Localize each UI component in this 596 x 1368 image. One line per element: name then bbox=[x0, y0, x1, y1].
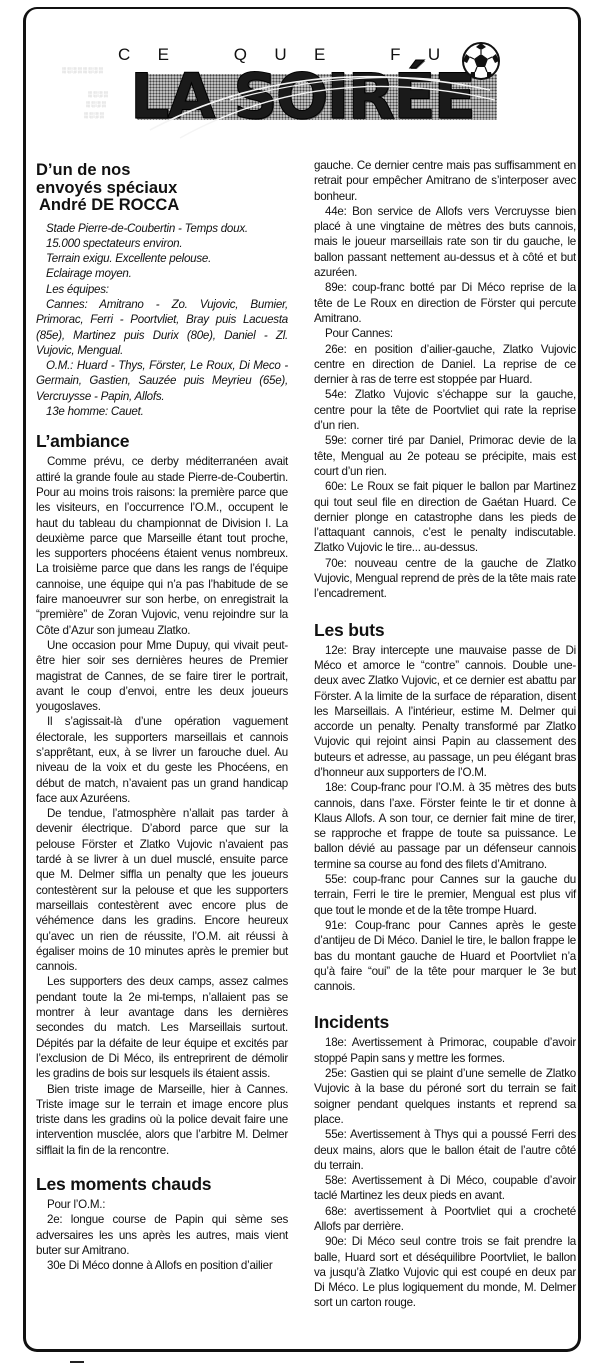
paragraph: Bien triste image de Marseille, hier à C… bbox=[36, 1082, 288, 1158]
paragraph: gauche. Ce dernier centre mais pas suffi… bbox=[314, 158, 576, 204]
soccer-ball-icon bbox=[461, 41, 501, 81]
fact-cannes-lineup: Cannes: Amitrano - Zo. Vujovic, Bumier, … bbox=[36, 297, 288, 358]
section-title-ambiance: L’ambiance bbox=[36, 431, 288, 451]
print-noise: ░░░░ bbox=[84, 113, 105, 119]
bottom-rule bbox=[70, 1361, 84, 1363]
print-noise: ░░░░ bbox=[86, 102, 107, 108]
paragraph: Comme prévu, ce derby méditerranéen avai… bbox=[36, 454, 288, 638]
section-moments-left: Pour l’O.M.: 2e: longue course de Papin … bbox=[36, 1197, 288, 1273]
section-moments-right: gauche. Ce dernier centre mais pas suffi… bbox=[314, 158, 576, 602]
paragraph: 70e: nouveau centre de la gauche de Zlat… bbox=[314, 556, 576, 602]
section-incidents: 18e: Avertissement à Primorac, coupable … bbox=[314, 1035, 576, 1310]
paragraph: Une occasion pour Mme Dupuy, qui vivait … bbox=[36, 638, 288, 714]
paragraph: 91e: Coup-franc pour Cannes après le ges… bbox=[314, 918, 576, 994]
paragraph: 54e: Zlatko Vujovic s’échappe sur la gau… bbox=[314, 387, 576, 433]
paragraph: 25e: Gastien qui se plaint d’une semelle… bbox=[314, 1066, 576, 1127]
page-title: LA SOIRÉE bbox=[130, 62, 490, 132]
byline-line1: D’un de nos bbox=[36, 162, 288, 180]
paragraph: 12e: Bray intercepte une mauvaise passe … bbox=[314, 643, 576, 781]
paragraph: Les supporters des deux camps, assez cal… bbox=[36, 974, 288, 1081]
paragraph: 68e: avertissement à Poortvliet qui a cr… bbox=[314, 1204, 576, 1235]
paragraph: 30e Di Méco donne à Allofs en position d… bbox=[36, 1258, 288, 1273]
byline-line2: envoyés spéciaux bbox=[36, 180, 288, 198]
paragraph: De tendue, l’atmosphère n’allait pas tar… bbox=[36, 806, 288, 974]
match-facts: Stade Pierre-de-Coubertin - Temps doux. … bbox=[36, 221, 288, 420]
paragraph: 59e: corner tiré par Daniel, Primorac de… bbox=[314, 433, 576, 479]
kicker-letter: C bbox=[118, 45, 130, 65]
byline-author: André DE ROCCA bbox=[36, 197, 288, 215]
section-title-buts: Les buts bbox=[314, 620, 576, 640]
paragraph: 89e: coup-franc botté par Di Méco repris… bbox=[314, 280, 576, 326]
paragraph: Pour Cannes: bbox=[314, 326, 576, 341]
paragraph: 55e: coup-franc pour Cannes sur la gauch… bbox=[314, 872, 576, 918]
paragraph: 60e: Le Roux se fait piquer le ballon pa… bbox=[314, 479, 576, 555]
fact-pitch: Terrain exigu. Excellente pelouse. bbox=[36, 251, 288, 266]
left-column: D’un de nos envoyés spéciaux André DE RO… bbox=[36, 150, 288, 1274]
paragraph: 18e: Avertissement à Primorac, coupable … bbox=[314, 1035, 576, 1066]
fact-lighting: Eclairage moyen. bbox=[36, 266, 288, 281]
paragraph: Pour l’O.M.: bbox=[36, 1197, 288, 1212]
fact-teams-label: Les équipes: bbox=[36, 282, 288, 297]
fact-venue: Stade Pierre-de-Coubertin - Temps doux. bbox=[36, 221, 288, 236]
paragraph: 2e: longue course de Papin qui sème ses … bbox=[36, 1212, 288, 1258]
right-column: gauche. Ce dernier centre mais pas suffi… bbox=[314, 150, 576, 1311]
byline: D’un de nos envoyés spéciaux André DE RO… bbox=[36, 162, 288, 215]
article-header: ░░░░░░░░ ░░░░ ░░░░ ░░░░ C E Q U E F U T … bbox=[0, 0, 596, 140]
paragraph: 58e: Avertissement à Di Méco, coupable d… bbox=[314, 1173, 576, 1204]
print-noise: ░░░░░░░░ bbox=[62, 68, 104, 74]
section-buts: 12e: Bray intercepte une mauvaise passe … bbox=[314, 643, 576, 995]
paragraph: 90e: Di Méco seul contre trois se fait p… bbox=[314, 1234, 576, 1310]
print-noise: ░░░░ bbox=[88, 92, 109, 98]
paragraph: 55e: Avertissement à Thys qui a poussé F… bbox=[314, 1127, 576, 1173]
paragraph: 26e: en position d’ailier-gauche, Zlatko… bbox=[314, 342, 576, 388]
fact-13th-man: 13e homme: Cauet. bbox=[36, 404, 288, 419]
section-ambiance: Comme prévu, ce derby méditerranéen avai… bbox=[36, 454, 288, 1158]
paragraph: Il s’agissait-là d’une opération vagueme… bbox=[36, 714, 288, 806]
section-title-incidents: Incidents bbox=[314, 1012, 576, 1032]
fact-om-lineup: O.M.: Huard - Thys, Förster, Le Roux, Di… bbox=[36, 358, 288, 404]
paragraph: 44e: Bon service de Allofs vers Vercruys… bbox=[314, 204, 576, 280]
fact-attendance: 15.000 spectateurs environ. bbox=[36, 236, 288, 251]
paragraph: 18e: Coup-franc pour l’O.M. à 35 mètres … bbox=[314, 780, 576, 872]
section-title-moments: Les moments chauds bbox=[36, 1174, 288, 1194]
